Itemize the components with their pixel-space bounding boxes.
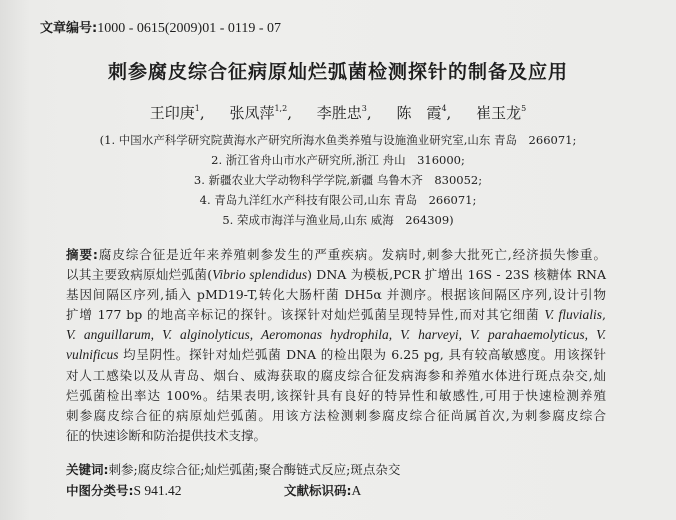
affiliations: (1. 中国水产科学研究院黄海水产研究所海水鱼类养殖与设施渔业研究室,山东 青岛… [0,130,676,230]
species-name: Vibrio splendidus [212,267,307,282]
abstract-line: vulnificus 均呈阴性。探针对灿烂弧菌 DNA 的检出限为 6.25 p… [66,345,606,365]
abstract-label: 摘要: [66,247,98,262]
document-code-value: A [352,483,362,498]
affiliation-line: 5. 荣成市海洋与渔业局,山东 威海 264309) [0,210,676,230]
article-number: 文章编号:1000 - 0615(2009)01 - 0119 - 07 [40,17,281,37]
abstract-line: 烂弧菌检出率达 100%。结果表明,该探针具有良好的特异性和敏感性,可用于快速检… [66,386,606,406]
abstract-line: 扩增 177 bp 的地高辛标记的探针。该探针对灿烂弧菌呈现特异性,而对其它细菌… [66,305,606,325]
author-list: 王印庚1, 张凤萍1,2, 李胜忠3, 陈 霞4, 崔玉龙5 [0,102,676,123]
species-name: V. fluvialis [544,307,602,322]
affiliation-line: 2. 浙江省舟山市水产研究所,浙江 舟山 316000; [0,150,676,170]
abstract-line: 刺参腐皮综合征的病原灿烂弧菌。用该方法检测刺参腐皮综合征尚属首次,为刺参腐皮综合 [66,406,606,426]
abstract-line: 基因间隔区序列,插入 pMD19-T,转化大肠杆菌 DH5α 并测序。根据该间隔… [66,285,606,305]
species-names: V. anguillarum, V. alginolyticus, Aeromo… [66,327,606,342]
species-name: vulnificus [66,347,119,362]
author: 崔玉龙5 [476,104,526,122]
abstract-line: 对人工感染以及从青岛、烟台、威海获取的腐皮综合征发病海参和养殖水体进行斑点杂交,… [66,366,606,386]
author: 王印庚1 [150,104,200,122]
clc-label: 中图分类号: [66,483,134,498]
article-number-value: 1000 - 0615(2009)01 - 0119 - 07 [97,21,281,36]
keywords-value: 刺参;腐皮综合征;灿烂弧菌;聚合酶链式反应;斑点杂交 [109,462,401,477]
keywords-label: 关键词: [66,462,109,477]
abstract: 摘要:腐皮综合征是近年来养殖刺参发生的严重疾病。发病时,刺参大批死亡,经济损失惨… [66,245,606,446]
author: 张凤萍1,2 [229,104,287,122]
paper-page: 文章编号:1000 - 0615(2009)01 - 0119 - 07 刺参腐… [0,0,676,520]
author: 陈 霞4 [396,104,446,122]
abstract-line: 征的快速诊断和防治提供技术支撑。 [66,426,606,446]
affiliation-line: (1. 中国水产科学研究院黄海水产研究所海水鱼类养殖与设施渔业研究室,山东 青岛… [0,130,676,150]
abstract-line: V. anguillarum, V. alginolyticus, Aeromo… [66,325,606,345]
document-code: 文献标识码:A [284,481,361,499]
document-code-label: 文献标识码: [284,483,352,498]
abstract-line: 摘要:腐皮综合征是近年来养殖刺参发生的严重疾病。发病时,刺参大批死亡,经济损失惨… [66,245,606,265]
abstract-line: 以其主要致病原灿烂弧菌(Vibrio splendidus) DNA 为模板,P… [66,265,606,285]
clc-number: 中图分类号:S 941.42 [66,481,182,499]
paper-title: 刺参腐皮综合征病原灿烂弧菌检测探针的制备及应用 [0,57,676,84]
author: 李胜忠3 [317,104,367,122]
affiliation-line: 4. 青岛九洋红水产科技有限公司,山东 青岛 266071; [0,190,676,210]
article-number-label: 文章编号: [40,21,97,36]
keywords: 关键词:刺参;腐皮综合征;灿烂弧菌;聚合酶链式反应;斑点杂交 [66,460,400,478]
affiliation-line: 3. 新疆农业大学动物科学学院,新疆 乌鲁木齐 830052; [0,170,676,190]
clc-value: S 941.42 [134,483,182,498]
